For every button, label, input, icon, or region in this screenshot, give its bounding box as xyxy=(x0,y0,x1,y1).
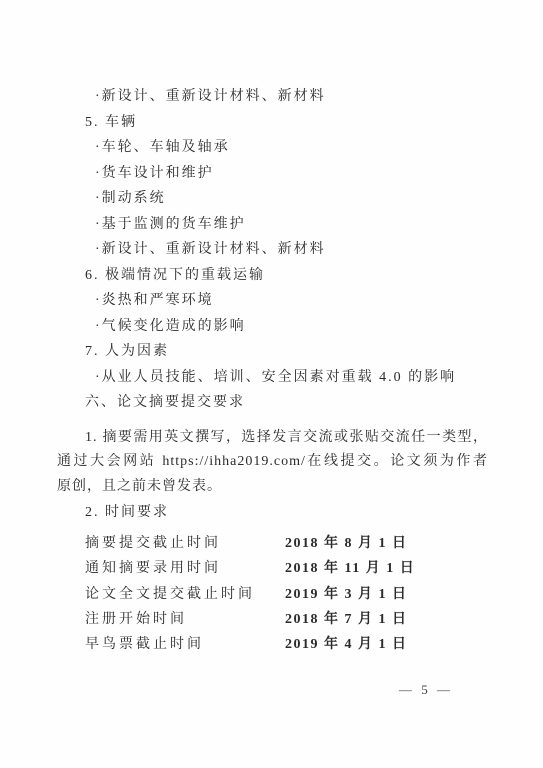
schedule-row: 摘要提交截止时间 2018 年 8 月 1 日 xyxy=(57,531,488,556)
list-item: ·基于监测的货车维护 xyxy=(57,212,488,238)
schedule-label: 早鸟票截止时间 xyxy=(57,637,204,652)
paragraph-line: 原创，且之前未曾发表。 xyxy=(57,475,488,500)
numbered-item: 7. 人为因素 xyxy=(57,339,488,365)
submission-paragraph: 1. 摘要需用英文撰写，选择发言交流或张贴交流任一类型， 通过大会网站 http… xyxy=(57,426,488,500)
section-heading: 六、论文摘要提交要求 xyxy=(57,390,488,416)
schedule-row: 注册开始时间 2018 年 7 月 1 日 xyxy=(57,607,488,632)
schedule-table: 摘要提交截止时间 2018 年 8 月 1 日 通知摘要录用时间 2018 年 … xyxy=(57,531,488,657)
paragraph-line: 1. 摘要需用英文撰写，选择发言交流或张贴交流任一类型， xyxy=(57,426,488,451)
schedule-date: 2019 年 3 月 1 日 xyxy=(285,582,408,607)
schedule-date: 2018 年 11 月 1 日 xyxy=(285,556,415,581)
numbered-item: 5. 车辆 xyxy=(57,110,488,136)
numbered-item: 6. 极端情况下的重载运输 xyxy=(57,263,488,289)
schedule-date: 2018 年 8 月 1 日 xyxy=(285,531,408,556)
list-item: ·制动系统 xyxy=(57,186,488,212)
page-content: ·新设计、重新设计材料、新材料 5. 车辆 ·车轮、车轴及轴承 ·货车设计和维护… xyxy=(57,84,488,657)
schedule-label: 注册开始时间 xyxy=(57,612,187,627)
schedule-row: 早鸟票截止时间 2019 年 4 月 1 日 xyxy=(57,632,488,657)
schedule-date: 2019 年 4 月 1 日 xyxy=(285,632,408,657)
schedule-label: 论文全文提交截止时间 xyxy=(57,587,255,602)
list-item: ·新设计、重新设计材料、新材料 xyxy=(57,237,488,263)
document-page: ·新设计、重新设计材料、新材料 5. 车辆 ·车轮、车轴及轴承 ·货车设计和维护… xyxy=(0,0,543,768)
schedule-label: 摘要提交截止时间 xyxy=(57,536,221,551)
paragraph-line: 通过大会网站 https://ihha2019.com/在线提交。论文须为作者 xyxy=(57,450,488,475)
schedule-row: 通知摘要录用时间 2018 年 11 月 1 日 xyxy=(57,556,488,581)
list-item: ·气候变化造成的影响 xyxy=(57,314,488,340)
list-item: ·货车设计和维护 xyxy=(57,161,488,187)
list-item: ·新设计、重新设计材料、新材料 xyxy=(57,84,488,110)
list-item: ·车轮、车轴及轴承 xyxy=(57,135,488,161)
page-number: — 5 — xyxy=(399,682,453,698)
list-item: ·从业人员技能、培训、安全因素对重载 4.0 的影响 xyxy=(57,365,488,391)
schedule-label: 通知摘要录用时间 xyxy=(57,561,221,576)
list-item: ·炎热和严寒环境 xyxy=(57,288,488,314)
time-requirements-heading: 2. 时间要求 xyxy=(57,500,488,525)
schedule-date: 2018 年 7 月 1 日 xyxy=(285,607,408,632)
schedule-row: 论文全文提交截止时间 2019 年 3 月 1 日 xyxy=(57,582,488,607)
